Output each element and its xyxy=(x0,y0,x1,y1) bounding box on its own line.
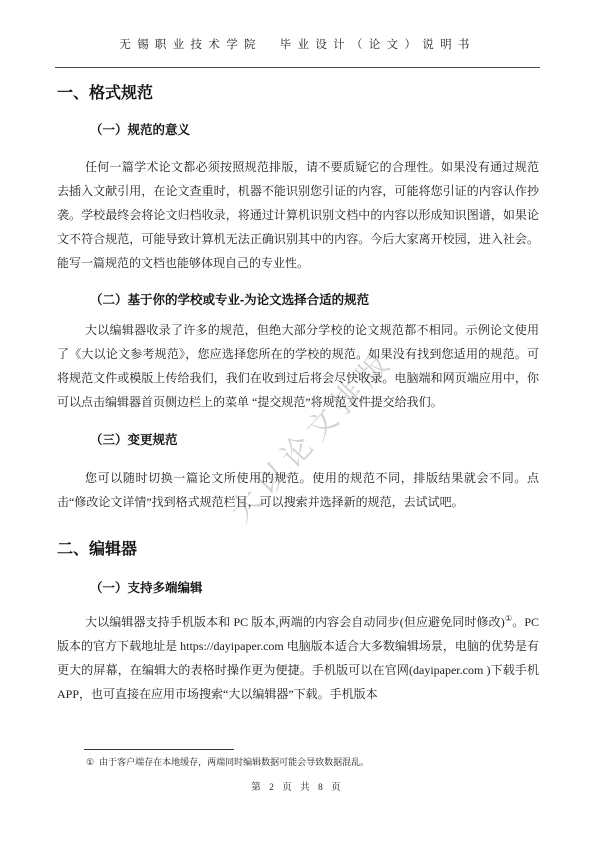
section-heading-editor: 二、编辑器 xyxy=(57,536,137,559)
subsection-heading-multi-device: （一）支持多端编辑 xyxy=(90,578,203,596)
header-rule xyxy=(55,67,540,68)
paragraph-multi-device-text: 大以编辑器支持手机版本和 PC 版本,两端的内容会自动同步(但应避免同时修改) xyxy=(85,615,505,629)
footnote-text: 由于客户端存在本地缓存，两端同时编辑数据可能会导致数据混乱。 xyxy=(99,757,369,767)
page-header-title: 无锡职业技术学院 毕业设计（论文）说明书 xyxy=(57,36,538,52)
document-page: { "header": { "title": "无锡职业技术学院 毕业设计（论文… xyxy=(0,0,595,842)
paragraph-change-standard: 您可以随时切换一篇论文所使用的规范。使用的规范不同，排版结果就会不同。点击“修改… xyxy=(57,466,539,514)
subsection-heading-meaning: （一）规范的意义 xyxy=(90,120,190,138)
page-number-footer: 第 2 页 共 8 页 xyxy=(0,779,595,793)
subsection-heading-change-standard: （三）变更规范 xyxy=(90,430,178,448)
paragraph-choose-standard: 大以编辑器收录了许多的规范，但绝大部分学校的论文规范都不相同。示例论文使用了《大… xyxy=(57,318,539,414)
subsection-heading-choose-standard: （二）基于你的学校或专业-为论文选择合适的规范 xyxy=(90,290,369,308)
footnote: ①由于客户端存在本地缓存，两端同时编辑数据可能会导致数据混乱。 xyxy=(86,756,538,769)
section-heading-format: 一、格式规范 xyxy=(57,80,153,103)
paragraph-meaning: 任何一篇学术论文都必须按照规范排版，请不要质疑它的合理性。如果没有通过规范去插入… xyxy=(57,155,539,275)
footnote-marker: ① xyxy=(86,757,94,767)
paragraph-multi-device: 大以编辑器支持手机版本和 PC 版本,两端的内容会自动同步(但应避免同时修改)①… xyxy=(57,610,539,706)
footnote-separator-rule xyxy=(84,749,234,750)
